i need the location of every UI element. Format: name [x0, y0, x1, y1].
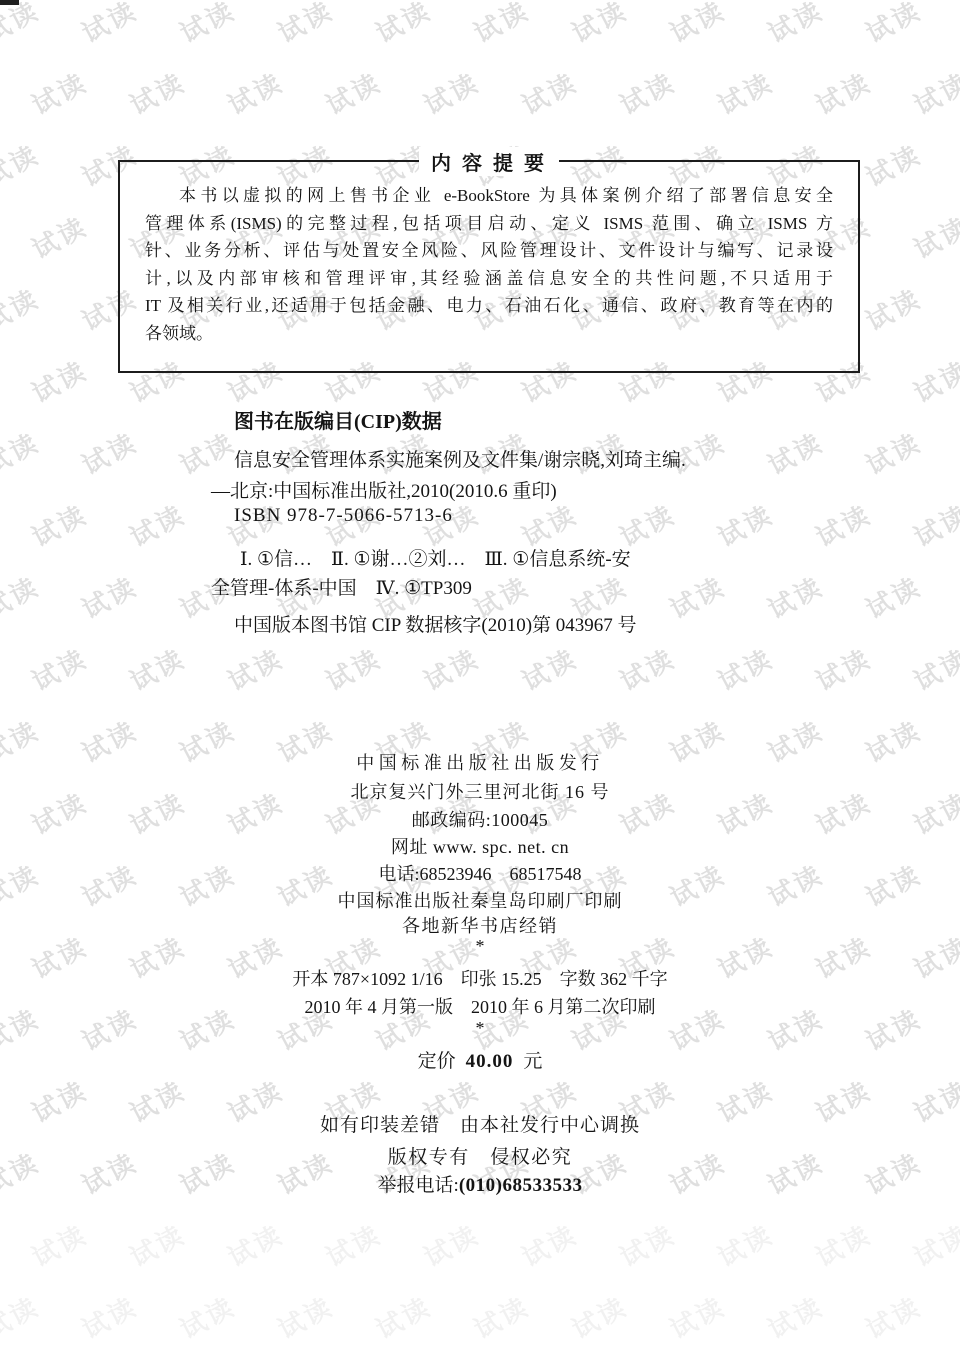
summary-line: 各领域。	[145, 320, 833, 348]
cip-publisher-line: —北京:中国标准出版社,2010(2010.6 重印)	[211, 476, 557, 503]
address-line: 北京复兴门外三里河北街 16 号	[0, 778, 960, 804]
separator-star: *	[0, 1018, 960, 1039]
price-unit: 元	[523, 1051, 542, 1072]
content-summary-box: 内 容 提 要 本书以虚拟的网上售书企业 e-BookStore 为具体案例介绍…	[118, 160, 860, 373]
printer-line: 中国标准出版社秦皇岛印刷厂印刷	[0, 887, 960, 913]
format-line: 开本 787×1092 1/16 印张 15.25 字数 362 千字	[0, 965, 960, 991]
publisher-line: 中国标准出版社出版发行	[0, 749, 960, 775]
cip-record-number: 中国版本图书馆 CIP 数据核字(2010)第 043967 号	[234, 610, 637, 637]
summary-line: 针、业务分析、评估与处置安全风险、风险管理设计、文件设计与编写、记录设	[145, 237, 833, 265]
summary-line: 计,以及内部审核和管理评审,其经验涵盖信息安全的共性问题,不只适用于	[145, 265, 833, 293]
phone-line: 电话:68523946 68517548	[0, 860, 960, 886]
copyright-notice: 版权专有 侵权必究	[0, 1142, 960, 1169]
postcode-line: 邮政编码:100045	[0, 806, 960, 832]
page-content: 内 容 提 要 本书以虚拟的网上售书企业 e-BookStore 为具体案例介绍…	[0, 0, 960, 1357]
website-line: 网址 www. spc. net. cn	[0, 833, 960, 859]
cip-isbn: ISBN 978-7-5066-5713-6	[234, 505, 453, 527]
cip-heading: 图书在版编目(CIP)数据	[234, 405, 442, 434]
distributor-line: 各地新华书店经销	[0, 912, 960, 938]
summary-line: 本书以虚拟的网上售书企业 e-BookStore 为具体案例介绍了部署信息安全	[145, 182, 833, 210]
summary-box-body: 本书以虚拟的网上售书企业 e-BookStore 为具体案例介绍了部署信息安全 …	[120, 162, 858, 347]
summary-line: IT 及相关行业,还适用于包括金融、电力、石油石化、通信、政府、教育等在内的	[145, 292, 833, 320]
price-value: 40.00	[466, 1051, 514, 1072]
cip-classification-line-1: Ⅰ. ①信… Ⅱ. ①谢…②刘… Ⅲ. ①信息系统-安	[240, 544, 631, 571]
price-label: 定价	[418, 1051, 456, 1072]
price-line: 定价40.00元	[0, 1046, 960, 1073]
summary-line: 管理体系(ISMS)的完整过程,包括项目启动、定义 ISMS 范围、确立 ISM…	[145, 210, 833, 238]
book-copyright-page: 试读试读试读试读试读试读试读试读试读试读试读试读试读试读试读试读试读试读试读试读…	[0, 0, 960, 1357]
cip-book-title-line: 信息安全管理体系实施案例及文件集/谢宗晓,刘琦主编.	[234, 445, 686, 472]
summary-box-title: 内 容 提 要	[419, 147, 559, 176]
cip-classification-line-2: 全管理-体系-中国 Ⅳ. ①TP309	[211, 573, 472, 600]
report-phone-number: (010)68533533	[459, 1175, 583, 1196]
scan-artifact	[0, 0, 19, 5]
edition-line: 2010 年 4 月第一版 2010 年 6 月第二次印刷	[0, 993, 960, 1019]
errata-notice: 如有印装差错 由本社发行中心调换	[0, 1110, 960, 1137]
report-phone-label: 举报电话:	[378, 1175, 459, 1196]
report-phone-line: 举报电话:(010)68533533	[0, 1170, 960, 1197]
separator-star: *	[0, 936, 960, 957]
